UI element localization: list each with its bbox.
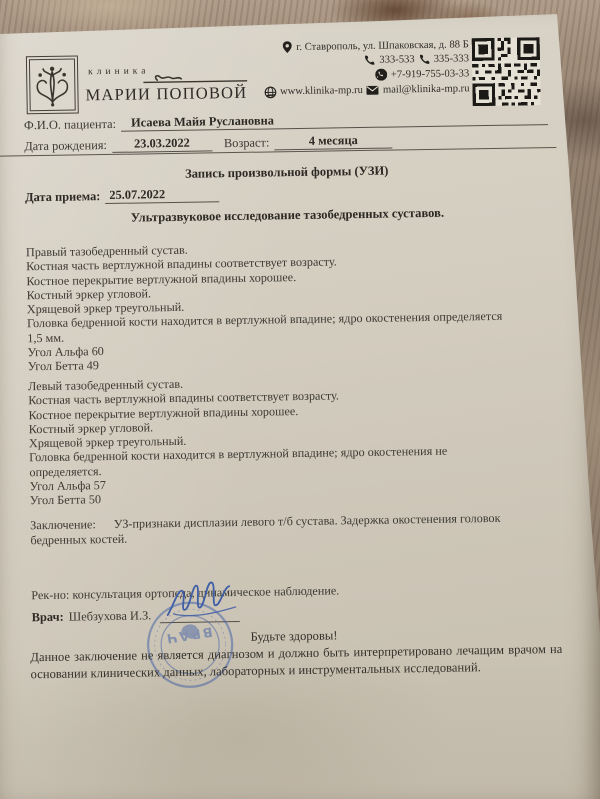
fio-value: Исаева Майя Руслановна bbox=[121, 113, 284, 132]
phone-icon bbox=[364, 55, 375, 66]
clinic-brand-small: клиника bbox=[88, 66, 149, 77]
age-value: 4 месяца bbox=[274, 133, 392, 151]
conclusion-text: УЗ-признаки дисплазии левого т/б сустава… bbox=[30, 511, 500, 547]
website-text: www.klinika-mp.ru bbox=[280, 85, 363, 97]
globe-icon bbox=[264, 86, 276, 98]
whatsapp-text: +7-919-755-03-33 bbox=[391, 68, 470, 80]
floral-ornament-icon bbox=[29, 58, 76, 111]
qr-code bbox=[472, 37, 541, 106]
phones-row: 333-533 335-333 bbox=[245, 53, 469, 68]
address-row: г. Ставрополь, ул. Шпаковская, д. 88 Б bbox=[245, 38, 469, 54]
patient-fio-row: Ф.И.О. пациента: Исаева Майя Руслановна bbox=[24, 109, 548, 133]
phone-icon bbox=[419, 54, 430, 65]
right-joint-block: Правый тазобедренный сустав. Костная час… bbox=[26, 237, 558, 374]
fio-underline bbox=[284, 124, 548, 129]
record-title: Запись произвольной формы (УЗИ) bbox=[25, 161, 549, 184]
visit-date-label: Дата приема: bbox=[25, 189, 106, 205]
visit-date-value: 25.07.2022 bbox=[105, 186, 219, 204]
clinic-logo bbox=[26, 55, 79, 114]
dob-value: 23.03.2022 bbox=[112, 135, 212, 153]
clinic-contacts: г. Ставрополь, ул. Шпаковская, д. 88 Б 3… bbox=[245, 38, 470, 101]
web-mail-row: www.klinika-mp.ru mail@klinika-mp.ru bbox=[245, 83, 469, 99]
conclusion-label: Заключение: bbox=[30, 517, 96, 532]
document-paper: клиника МАРИИ ПОПОВОЙ г. Ставрополь, ул.… bbox=[0, 0, 600, 799]
email-text: mail@klinika-mp.ru bbox=[383, 83, 470, 95]
phone1-text: 333-533 bbox=[379, 54, 414, 66]
dob-label: Дата рождения: bbox=[24, 138, 112, 154]
doctor-label: Врач: bbox=[32, 610, 69, 626]
whatsapp-icon bbox=[375, 69, 387, 81]
document-content: клиника МАРИИ ПОПОВОЙ г. Ставрополь, ул.… bbox=[0, 0, 600, 799]
phone2-text: 335-333 bbox=[434, 53, 469, 65]
visit-date-row: Дата приема: 25.07.2022 bbox=[25, 181, 549, 205]
location-pin-icon bbox=[283, 41, 292, 53]
envelope-icon bbox=[367, 86, 379, 95]
address-text: г. Ставрополь, ул. Шпаковская, д. 88 Б bbox=[296, 39, 469, 53]
age-label: Возраст: bbox=[212, 135, 275, 151]
disclaimer-text: Данное заключение не является диагнозом … bbox=[30, 641, 562, 682]
fio-label: Ф.И.О. пациента: bbox=[24, 117, 121, 134]
left-joint-block: Левый тазобедренный сустав. Костная част… bbox=[28, 371, 560, 508]
conclusion: Заключение:УЗ-признаки дисплазии левого … bbox=[30, 510, 558, 547]
record-subtitle: Ультразвуковое исследование тазобедренны… bbox=[25, 204, 549, 227]
recommendation: Рек-но: консультация ортопеда, динамичес… bbox=[31, 580, 559, 603]
whatsapp-row: +7-919-755-03-33 bbox=[245, 68, 469, 84]
clinic-brand-name: МАРИИ ПОПОВОЙ bbox=[85, 83, 247, 106]
doctor-name: Шебзухова И.З. bbox=[69, 608, 152, 624]
